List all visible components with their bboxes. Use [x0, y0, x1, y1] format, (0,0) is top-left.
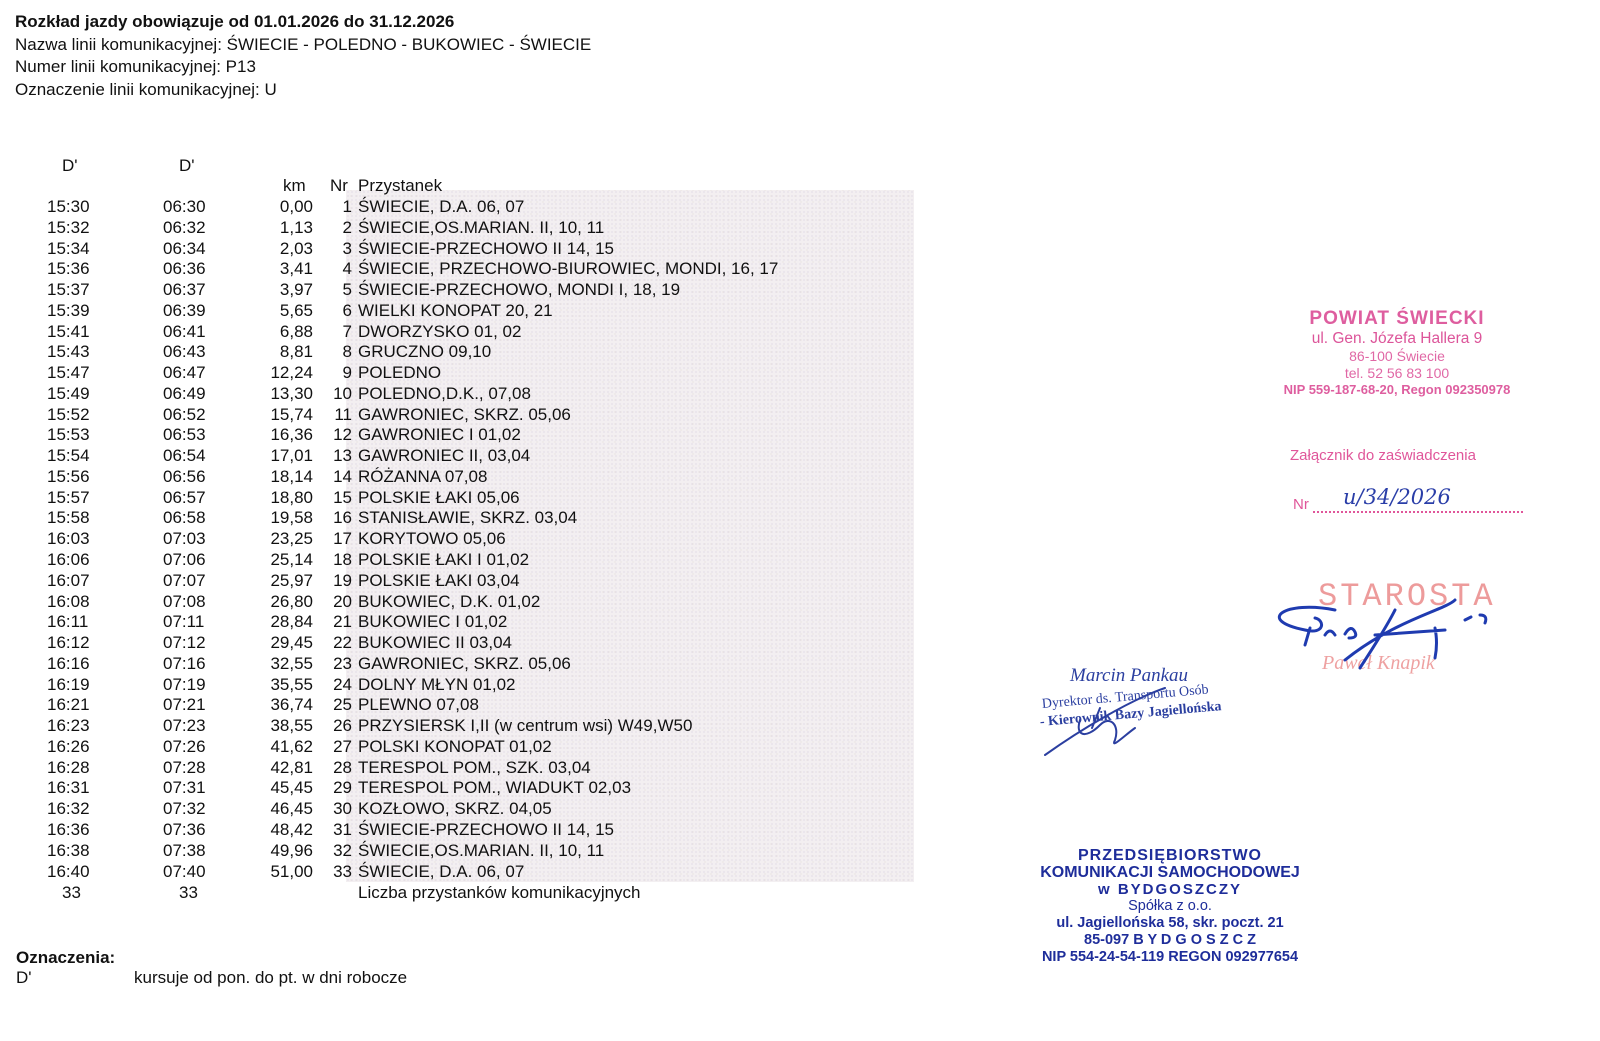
stop-number: 11	[334, 405, 352, 426]
attachment-number-dotted-line: u/34/2026	[1313, 495, 1523, 513]
departure-time-course-2: 07:12	[163, 633, 206, 654]
departure-time-course-1: 15:36	[47, 259, 90, 280]
table-row: 16:1207:1229,4522BUKOWIEC II 03,04	[0, 633, 920, 654]
company-line-3: w BYDGOSZCZY	[1005, 881, 1335, 898]
stop-number: 13	[333, 446, 352, 467]
stop-number: 12	[333, 425, 352, 446]
departure-time-course-2: 07:36	[163, 820, 206, 841]
stop-number: 25	[333, 695, 352, 716]
departure-time-course-2: 06:56	[163, 467, 206, 488]
stop-name: GRUCZNO 09,10	[358, 342, 491, 363]
departure-time-course-1: 16:12	[47, 633, 90, 654]
departure-time-course-2: 07:19	[163, 675, 206, 696]
powiat-phone: tel. 52 56 83 100	[1262, 365, 1532, 382]
stop-number: 15	[333, 488, 352, 509]
stop-name: POLEDNO,D.K., 07,08	[358, 384, 531, 405]
distance-km: 2,03	[280, 239, 313, 260]
table-row: 16:2307:2338,5526PRZYSIERSK I,II (w cent…	[0, 716, 920, 737]
line-name: Nazwa linii komunikacyjnej: ŚWIECIE - PO…	[15, 34, 591, 57]
departure-time-course-2: 07:07	[163, 571, 206, 592]
departure-time-course-2: 06:43	[163, 342, 206, 363]
distance-km: 49,96	[270, 841, 313, 862]
table-row: 15:3406:342,033ŚWIECIE-PRZECHOWO II 14, …	[0, 239, 920, 260]
distance-km: 35,55	[270, 675, 313, 696]
distance-km: 46,45	[270, 799, 313, 820]
departure-time-course-2: 06:37	[163, 280, 206, 301]
stop-number: 17	[333, 529, 352, 550]
stop-name: KOZŁOWO, SKRZ. 04,05	[358, 799, 552, 820]
departure-time-course-1: 16:26	[47, 737, 90, 758]
stop-number: 29	[333, 778, 352, 799]
distance-km: 1,13	[280, 218, 313, 239]
distance-km: 28,84	[270, 612, 313, 633]
table-row: 15:5606:5618,1414RÓŻANNA 07,08	[0, 467, 920, 488]
departure-time-course-1: 16:31	[47, 778, 90, 799]
table-row: 15:4106:416,887DWORZYSKO 01, 02	[0, 322, 920, 343]
legend-title: Oznaczenia:	[16, 948, 115, 968]
table-row: 15:5306:5316,3612GAWRONIEC I 01,02	[0, 425, 920, 446]
line-number: Numer linii komunikacyjnej: P13	[15, 56, 591, 79]
director-signature-icon	[1040, 680, 1190, 760]
table-row: 16:3607:3648,4231ŚWIECIE-PRZECHOWO II 14…	[0, 820, 920, 841]
stop-name: TERESPOL POM., WIADUKT 02,03	[358, 778, 631, 799]
distance-km: 5,65	[280, 301, 313, 322]
distance-km: 3,97	[280, 280, 313, 301]
stop-name: ŚWIECIE,OS.MARIAN. II, 10, 11	[358, 841, 604, 862]
stop-name: WIELKI KONOPAT 20, 21	[358, 301, 553, 322]
stop-name: ŚWIECIE,OS.MARIAN. II, 10, 11	[358, 218, 604, 239]
stop-name: POLSKI KONOPAT 01,02	[358, 737, 552, 758]
distance-km: 29,45	[270, 633, 313, 654]
stop-name: STANISŁAWIE, SKRZ. 03,04	[358, 508, 577, 529]
departure-time-course-2: 06:32	[163, 218, 206, 239]
table-row: 15:4906:4913,3010POLEDNO,D.K., 07,08	[0, 384, 920, 405]
departure-time-course-1: 16:38	[47, 841, 90, 862]
stop-name: POLSKIE ŁAKI I 01,02	[358, 550, 529, 571]
company-line-4: Spółka z o.o.	[1005, 898, 1335, 915]
attachment-number-value: u/34/2026	[1343, 485, 1451, 509]
course-1-stop-count: 33	[62, 883, 81, 903]
legend-description: kursuje od pon. do pt. w dni robocze	[134, 968, 407, 988]
table-row: 15:3906:395,656WIELKI KONOPAT 20, 21	[0, 301, 920, 322]
departure-time-course-1: 15:43	[47, 342, 90, 363]
table-row: 16:0307:0323,2517KORYTOWO 05,06	[0, 529, 920, 550]
stop-name: GAWRONIEC II, 03,04	[358, 446, 530, 467]
stop-number: 23	[333, 654, 352, 675]
stop-name: POLSKIE ŁAKI 05,06	[358, 488, 520, 509]
powiat-stamp: POWIAT ŚWIECKI ul. Gen. Józefa Hallera 9…	[1262, 308, 1532, 398]
stop-name: BUKOWIEC, D.K. 01,02	[358, 592, 540, 613]
stop-number: 6	[343, 301, 352, 322]
departure-time-course-2: 06:30	[163, 197, 206, 218]
departure-time-course-2: 06:47	[163, 363, 206, 384]
departure-time-course-1: 16:19	[47, 675, 90, 696]
stop-name: DWORZYSKO 01, 02	[358, 322, 521, 343]
departure-time-course-1: 15:41	[47, 322, 90, 343]
attachment-label: Załącznik do zaświadczenia	[1290, 447, 1476, 464]
departure-time-course-1: 15:53	[47, 425, 90, 446]
departure-time-course-1: 15:57	[47, 488, 90, 509]
departure-time-course-1: 16:36	[47, 820, 90, 841]
departure-time-course-2: 07:06	[163, 550, 206, 571]
table-row: 15:5206:5215,7411GAWRONIEC, SKRZ. 05,06	[0, 405, 920, 426]
departure-time-course-2: 06:58	[163, 508, 206, 529]
distance-km: 15,74	[270, 405, 313, 426]
departure-time-course-2: 06:54	[163, 446, 206, 467]
stop-number: 32	[333, 841, 352, 862]
departure-time-course-2: 06:41	[163, 322, 206, 343]
table-row: 16:1607:1632,5523GAWRONIEC, SKRZ. 05,06	[0, 654, 920, 675]
stop-count-summary: 33 33 Liczba przystanków komunikacyjnych	[0, 883, 920, 905]
nr-header: Nr	[330, 176, 348, 196]
departure-time-course-1: 15:49	[47, 384, 90, 405]
attachment-number-prefix: Nr	[1293, 496, 1309, 513]
departure-time-course-1: 16:28	[47, 758, 90, 779]
departure-time-course-2: 06:49	[163, 384, 206, 405]
departure-time-course-2: 06:39	[163, 301, 206, 322]
company-line-2: KOMUNIKACJI SAMOCHODOWEJ	[1005, 864, 1335, 881]
departure-time-course-1: 16:21	[47, 695, 90, 716]
stop-name: ŚWIECIE, D.A. 06, 07	[358, 862, 524, 883]
departure-time-course-1: 16:06	[47, 550, 90, 571]
powiat-street: ul. Gen. Józefa Hallera 9	[1262, 330, 1532, 348]
company-line-6: 85-097 B Y D G O S Z C Z	[1005, 932, 1335, 949]
table-row: 16:2807:2842,8128TERESPOL POM., SZK. 03,…	[0, 758, 920, 779]
table-row: 16:3107:3145,4529TERESPOL POM., WIADUKT …	[0, 778, 920, 799]
stop-name: KORYTOWO 05,06	[358, 529, 506, 550]
table-row: 16:2607:2641,6227POLSKI KONOPAT 01,02	[0, 737, 920, 758]
stop-number: 2	[343, 218, 352, 239]
departure-time-course-1: 15:54	[47, 446, 90, 467]
departure-time-course-2: 07:32	[163, 799, 206, 820]
table-row: 16:4007:4051,0033ŚWIECIE, D.A. 06, 07	[0, 862, 920, 883]
distance-km: 41,62	[270, 737, 313, 758]
departure-time-course-1: 15:39	[47, 301, 90, 322]
stop-number: 20	[333, 592, 352, 613]
powiat-name: POWIAT ŚWIECKI	[1262, 308, 1532, 330]
course-2-code-header: D'	[179, 156, 195, 176]
legend-code: D'	[16, 968, 32, 988]
stop-number: 26	[333, 716, 352, 737]
stop-name: ŚWIECIE, PRZECHOWO-BIUROWIEC, MONDI, 16,…	[358, 259, 778, 280]
stop-number: 8	[343, 342, 352, 363]
departure-time-course-2: 07:21	[163, 695, 206, 716]
distance-km: 48,42	[270, 820, 313, 841]
departure-time-course-2: 07:31	[163, 778, 206, 799]
document-header: Rozkład jazdy obowiązuje od 01.01.2026 d…	[15, 11, 591, 101]
stop-number: 3	[343, 239, 352, 260]
table-row: 15:4306:438,818GRUCZNO 09,10	[0, 342, 920, 363]
validity-title: Rozkład jazdy obowiązuje od 01.01.2026 d…	[15, 11, 591, 34]
table-row: 15:3206:321,132ŚWIECIE,OS.MARIAN. II, 10…	[0, 218, 920, 239]
company-line-1: PRZEDSIĘBIORSTWO	[1005, 847, 1335, 864]
stop-number: 31	[333, 820, 352, 841]
course-2-stop-count: 33	[179, 883, 198, 903]
table-row: 16:3207:3246,4530KOZŁOWO, SKRZ. 04,05	[0, 799, 920, 820]
km-header: km	[283, 176, 306, 196]
course-1-code-header: D'	[62, 156, 78, 176]
stop-number: 30	[333, 799, 352, 820]
departure-time-course-1: 16:11	[47, 612, 88, 633]
powiat-ids: NIP 559-187-68-20, Regon 092350978	[1262, 382, 1532, 398]
stop-number: 7	[343, 322, 352, 343]
table-row: 16:1107:1128,8421BUKOWIEC I 01,02	[0, 612, 920, 633]
table-row: 16:3807:3849,9632ŚWIECIE,OS.MARIAN. II, …	[0, 841, 920, 862]
company-line-5: ul. Jagiellońska 58, skr. poczt. 21	[1005, 915, 1335, 932]
departure-time-course-1: 16:23	[47, 716, 90, 737]
stop-name: TERESPOL POM., SZK. 03,04	[358, 758, 591, 779]
distance-km: 45,45	[270, 778, 313, 799]
attachment-number: Nr u/34/2026	[1293, 495, 1523, 513]
departure-time-course-1: 15:30	[47, 197, 90, 218]
departure-time-course-2: 07:03	[163, 529, 206, 550]
table-row: 16:0707:0725,9719POLSKIE ŁAKI 03,04	[0, 571, 920, 592]
departure-time-course-1: 16:40	[47, 862, 90, 883]
distance-km: 32,55	[270, 654, 313, 675]
distance-km: 12,24	[270, 363, 313, 384]
distance-km: 18,80	[270, 488, 313, 509]
company-stamp: PRZEDSIĘBIORSTWO KOMUNIKACJI SAMOCHODOWE…	[1005, 847, 1335, 966]
departure-time-course-1: 16:03	[47, 529, 90, 550]
distance-km: 23,25	[270, 529, 313, 550]
departure-time-course-2: 07:26	[163, 737, 206, 758]
table-row: 16:0607:0625,1418POLSKIE ŁAKI I 01,02	[0, 550, 920, 571]
stop-name: ŚWIECIE-PRZECHOWO, MONDI I, 18, 19	[358, 280, 680, 301]
stop-number: 14	[333, 467, 352, 488]
departure-time-course-1: 15:56	[47, 467, 90, 488]
powiat-city: 86-100 Świecie	[1262, 348, 1532, 365]
departure-time-course-1: 15:34	[47, 239, 90, 260]
stop-name: GAWRONIEC, SKRZ. 05,06	[358, 654, 571, 675]
stop-number: 4	[343, 259, 352, 280]
departure-time-course-1: 15:58	[47, 508, 90, 529]
distance-km: 25,97	[270, 571, 313, 592]
table-row: 15:3006:300,001ŚWIECIE, D.A. 06, 07	[0, 197, 920, 218]
distance-km: 36,74	[270, 695, 313, 716]
table-row: 16:0807:0826,8020BUKOWIEC, D.K. 01,02	[0, 592, 920, 613]
stop-number: 10	[333, 384, 352, 405]
timetable-rows: 15:3006:300,001ŚWIECIE, D.A. 06, 0715:32…	[0, 197, 920, 882]
stop-number: 9	[343, 363, 352, 384]
stop-name: BUKOWIEC II 03,04	[358, 633, 512, 654]
distance-km: 38,55	[270, 716, 313, 737]
distance-km: 51,00	[270, 862, 313, 883]
stop-name: PRZYSIERSK I,II (w centrum wsi) W49,W50	[358, 716, 692, 737]
stop-name: POLEDNO	[358, 363, 441, 384]
departure-time-course-2: 07:08	[163, 592, 206, 613]
stop-name: POLSKIE ŁAKI 03,04	[358, 571, 520, 592]
departure-time-course-2: 06:36	[163, 259, 206, 280]
departure-time-course-2: 07:28	[163, 758, 206, 779]
company-line-7: NIP 554-24-54-119 REGON 092977654	[1005, 949, 1335, 966]
departure-time-course-1: 15:52	[47, 405, 90, 426]
table-row: 15:3706:373,975ŚWIECIE-PRZECHOWO, MONDI …	[0, 280, 920, 301]
stop-name: DOLNY MŁYN 01,02	[358, 675, 515, 696]
departure-time-course-1: 15:32	[47, 218, 90, 239]
stop-name: GAWRONIEC I 01,02	[358, 425, 521, 446]
departure-time-course-1: 15:37	[47, 280, 90, 301]
departure-time-course-2: 07:11	[163, 612, 204, 633]
distance-km: 19,58	[270, 508, 313, 529]
departure-time-course-1: 16:07	[47, 571, 90, 592]
departure-time-course-2: 06:34	[163, 239, 206, 260]
stop-number: 22	[333, 633, 352, 654]
departure-time-course-2: 06:52	[163, 405, 206, 426]
stop-name: ŚWIECIE-PRZECHOWO II 14, 15	[358, 239, 614, 260]
distance-km: 13,30	[270, 384, 313, 405]
table-row: 15:3606:363,414ŚWIECIE, PRZECHOWO-BIUROW…	[0, 259, 920, 280]
stop-number: 21	[333, 612, 352, 633]
table-row: 15:5706:5718,8015POLSKIE ŁAKI 05,06	[0, 488, 920, 509]
table-row: 16:1907:1935,5524DOLNY MŁYN 01,02	[0, 675, 920, 696]
stop-number: 19	[333, 571, 352, 592]
starosta-signature-icon	[1265, 590, 1525, 670]
stop-number: 5	[343, 280, 352, 301]
distance-km: 3,41	[280, 259, 313, 280]
table-row: 16:2107:2136,7425PLEWNO 07,08	[0, 695, 920, 716]
stop-header: Przystanek	[358, 176, 442, 196]
departure-time-course-1: 16:16	[47, 654, 90, 675]
table-row: 15:5806:5819,5816STANISŁAWIE, SKRZ. 03,0…	[0, 508, 920, 529]
stop-name: ŚWIECIE, D.A. 06, 07	[358, 197, 524, 218]
stop-number: 16	[333, 508, 352, 529]
table-row: 15:4706:4712,249POLEDNO	[0, 363, 920, 384]
departure-time-course-2: 07:23	[163, 716, 206, 737]
stop-number: 27	[333, 737, 352, 758]
departure-time-course-2: 06:53	[163, 425, 206, 446]
stop-name: ŚWIECIE-PRZECHOWO II 14, 15	[358, 820, 614, 841]
stop-count-label: Liczba przystanków komunikacyjnych	[358, 883, 641, 903]
departure-time-course-2: 07:40	[163, 862, 206, 883]
distance-km: 26,80	[270, 592, 313, 613]
departure-time-course-2: 07:16	[163, 654, 206, 675]
distance-km: 18,14	[270, 467, 313, 488]
stop-number: 28	[333, 758, 352, 779]
departure-time-course-1: 16:32	[47, 799, 90, 820]
stop-name: BUKOWIEC I 01,02	[358, 612, 507, 633]
stop-name: RÓŻANNA 07,08	[358, 467, 487, 488]
departure-time-course-2: 06:57	[163, 488, 206, 509]
distance-km: 8,81	[280, 342, 313, 363]
distance-km: 25,14	[270, 550, 313, 571]
departure-time-course-2: 07:38	[163, 841, 206, 862]
distance-km: 0,00	[280, 197, 313, 218]
stop-number: 1	[343, 197, 352, 218]
stop-number: 24	[333, 675, 352, 696]
departure-time-course-1: 16:08	[47, 592, 90, 613]
distance-km: 16,36	[270, 425, 313, 446]
stop-number: 18	[333, 550, 352, 571]
stop-name: GAWRONIEC, SKRZ. 05,06	[358, 405, 571, 426]
distance-km: 42,81	[270, 758, 313, 779]
distance-km: 6,88	[280, 322, 313, 343]
distance-km: 17,01	[270, 446, 313, 467]
stop-name: PLEWNO 07,08	[358, 695, 479, 716]
line-designation: Oznaczenie linii komunikacyjnej: U	[15, 79, 591, 102]
departure-time-course-1: 15:47	[47, 363, 90, 384]
stop-number: 33	[333, 862, 352, 883]
table-row: 15:5406:5417,0113GAWRONIEC II, 03,04	[0, 446, 920, 467]
